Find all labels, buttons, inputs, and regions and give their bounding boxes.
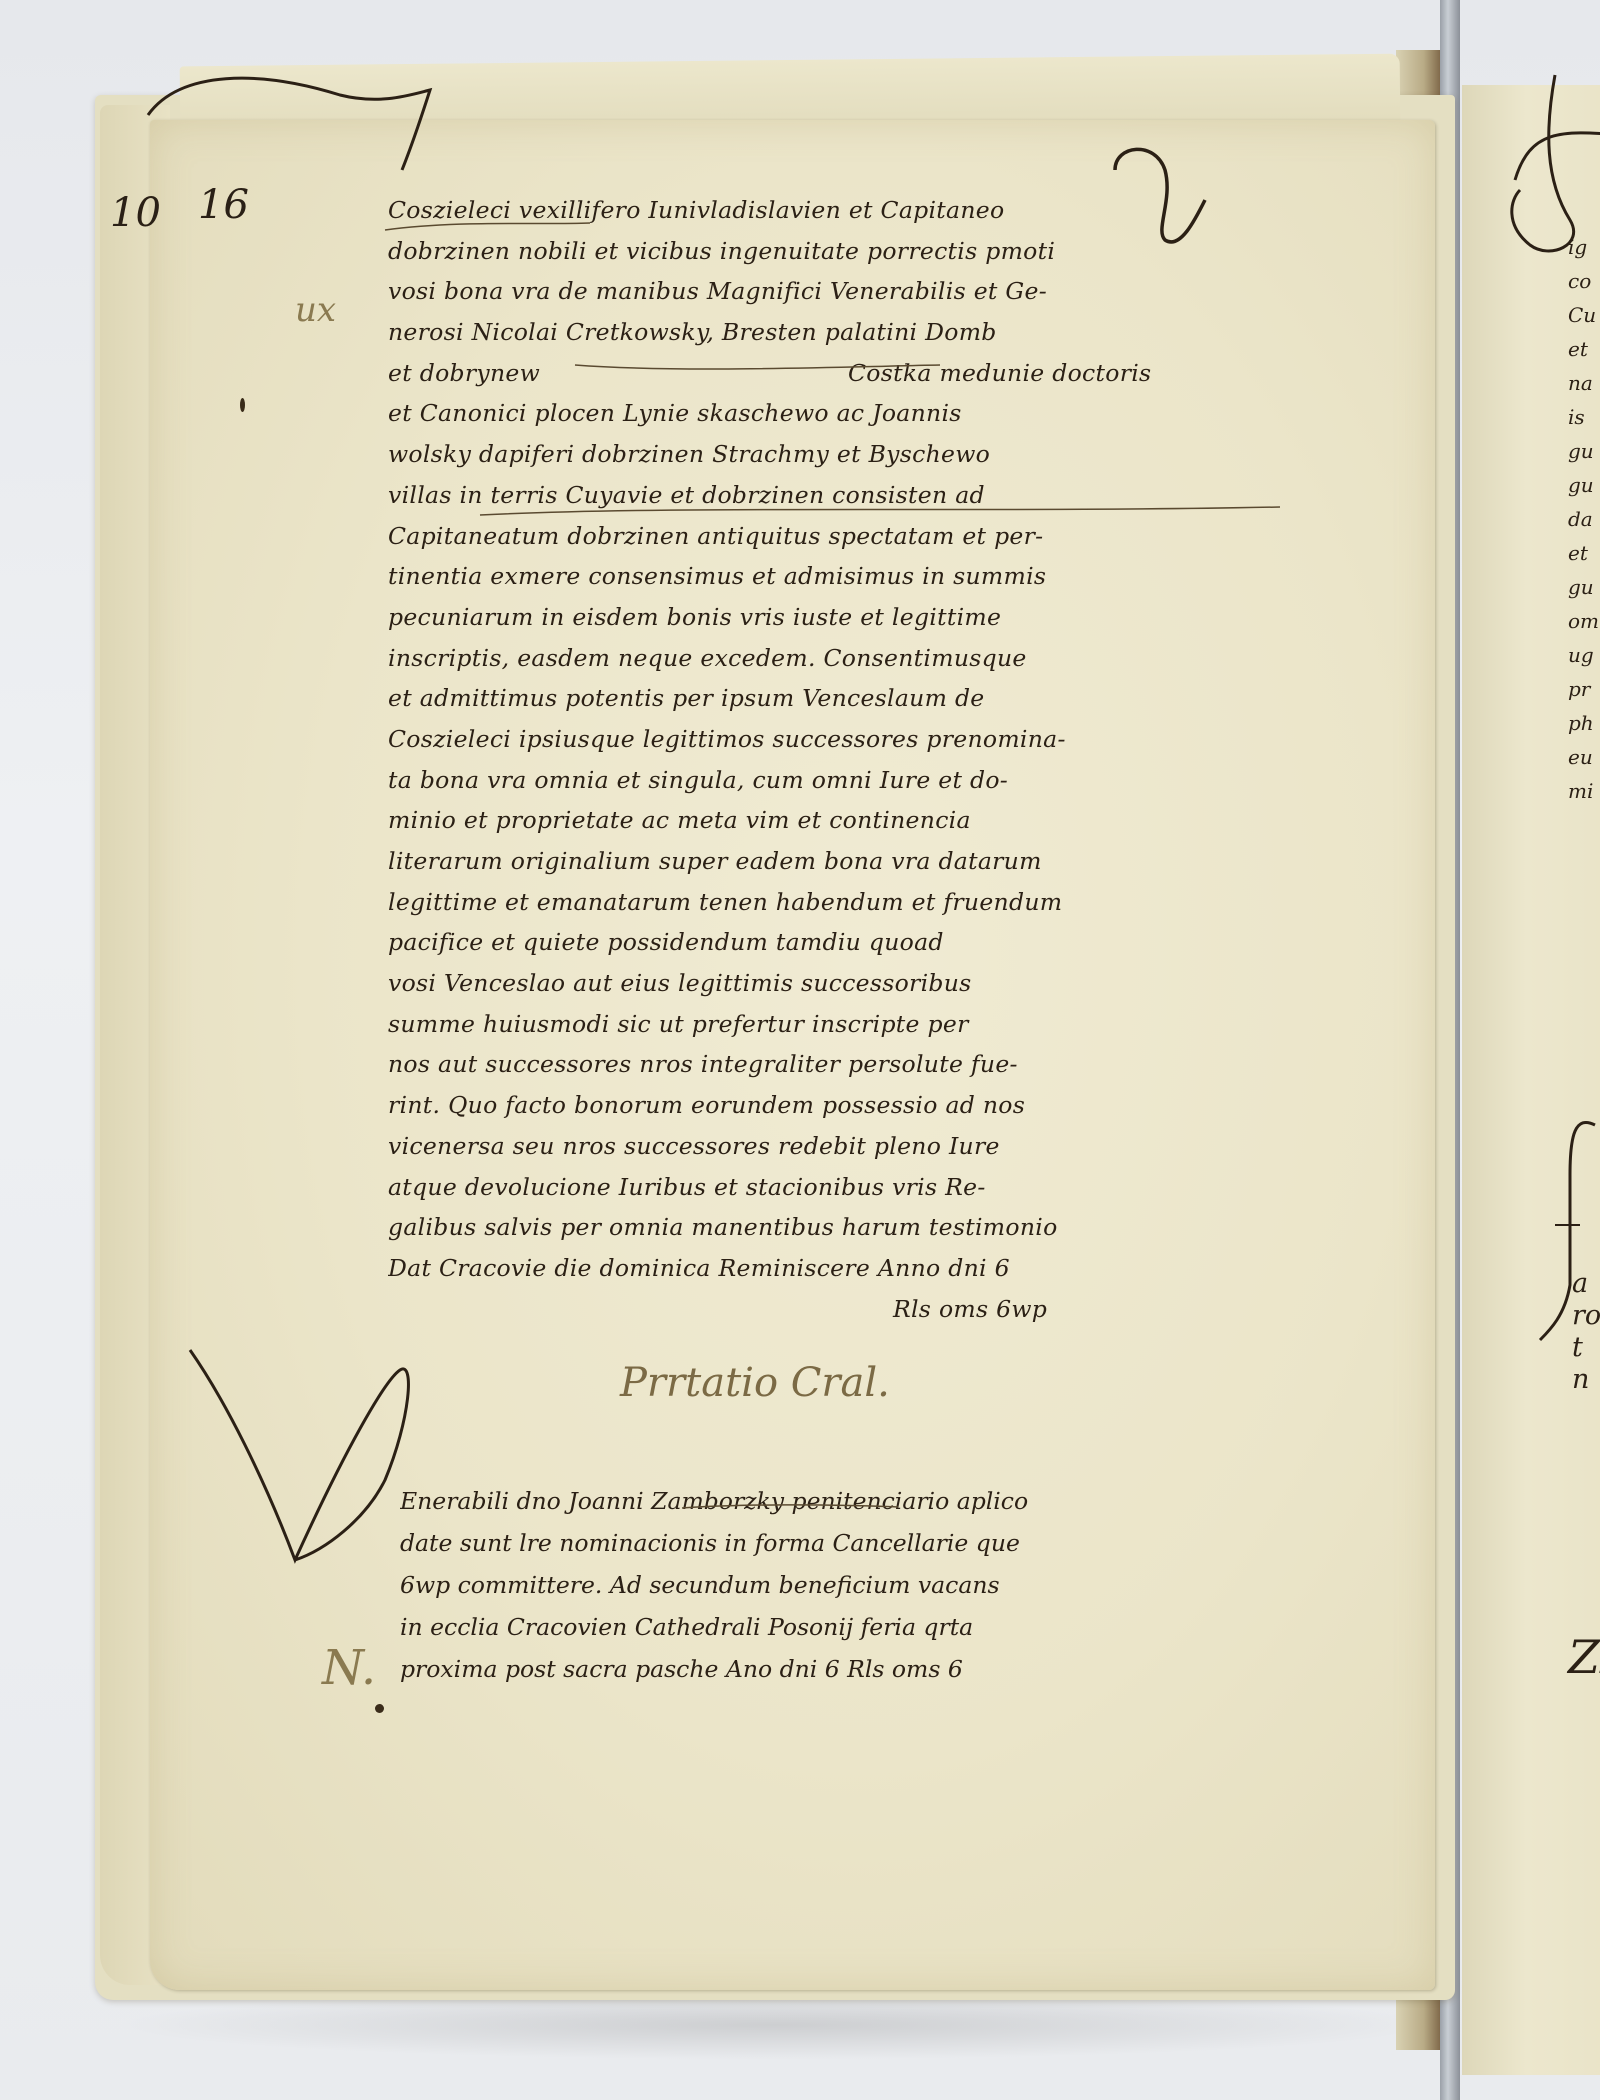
underline-strokes: [380, 195, 1340, 525]
text-line: literarum originalium super eadem bona v…: [388, 841, 1328, 882]
ink-dot: [375, 1704, 384, 1713]
text-fragment: ig: [1568, 230, 1599, 264]
text-fragment: ug: [1568, 638, 1599, 672]
section-heading: Prrtatio Cral.: [620, 1360, 890, 1406]
text-line: Dat Cracovie die dominica Reminiscere An…: [388, 1248, 1328, 1289]
text-line: Coszieleci ipsiusque legittimos successo…: [388, 719, 1328, 760]
text-fragment: is: [1568, 400, 1599, 434]
text-line: vosi Venceslao aut eius legittimis succe…: [388, 963, 1328, 1004]
text-line: 6wp committere. Ad secundum beneficium v…: [400, 1564, 1340, 1606]
text-fragment: a: [1572, 1268, 1600, 1300]
text-line: galibus salvis per omnia manentibus haru…: [388, 1207, 1328, 1248]
text-fragment: gu: [1568, 434, 1599, 468]
text-fragment: pr: [1568, 672, 1599, 706]
text-line: vicenersa seu nros successores redebit p…: [388, 1126, 1328, 1167]
text-fragment: et: [1568, 332, 1599, 366]
text-line: legittime et emanatarum tenen habendum e…: [388, 882, 1328, 923]
folio-number-left: 10: [110, 190, 161, 236]
text-line: rint. Quo facto bonorum eorundem possess…: [388, 1085, 1328, 1126]
margin-note-top: ux: [295, 290, 336, 330]
text-line: pecuniarum in eisdem bonis vris iuste et…: [388, 597, 1328, 638]
text-fragment: ph: [1568, 706, 1599, 740]
text-line: tinentia exmere consensimus et admisimus…: [388, 556, 1328, 597]
text-fragment: eu: [1568, 740, 1599, 774]
ink-mark: [240, 398, 245, 412]
text-fragment: mi: [1568, 774, 1599, 808]
facing-lower-text: a ro t n: [1572, 1268, 1600, 1396]
text-fragment: Cu: [1568, 298, 1599, 332]
text-line: minio et proprietate ac meta vim et cont…: [388, 800, 1328, 841]
facing-page-text: ig co Cu et na is gu gu da et gu om ug p…: [1568, 230, 1599, 808]
facing-initial: ZB: [1568, 1640, 1600, 1674]
text-fragment: na: [1568, 366, 1599, 400]
name-underline: [680, 1498, 900, 1518]
text-line: ta bona vra omnia et singula, cum omni I…: [388, 760, 1328, 801]
text-fragment: gu: [1568, 570, 1599, 604]
top-leaf-flourish-icon: [140, 70, 460, 180]
text-fragment: n: [1572, 1364, 1600, 1396]
text-line: atque devolucione Iuribus et stacionibus…: [388, 1167, 1328, 1208]
text-line: in ecclia Cracovien Cathedrali Posonij f…: [400, 1606, 1340, 1648]
text-fragment: da: [1568, 502, 1599, 536]
text-fragment: ro: [1572, 1300, 1600, 1332]
folio-number-right: 16: [198, 182, 249, 228]
text-fragment: t: [1572, 1332, 1600, 1364]
text-fragment: gu: [1568, 468, 1599, 502]
text-line: date sunt lre nominacionis in forma Canc…: [400, 1522, 1340, 1564]
page-shadow: [110, 1990, 1440, 2060]
text-line: inscriptis, easdem neque excedem. Consen…: [388, 638, 1328, 679]
text-line: proxima post sacra pasche Ano dni 6 Rls …: [400, 1648, 1340, 1690]
text-fragment: et: [1568, 536, 1599, 570]
text-line: et admittimus potentis per ipsum Vencesl…: [388, 678, 1328, 719]
text-line: pacifice et quiete possidendum tamdiu qu…: [388, 922, 1328, 963]
signature-line: Rls oms 6wp: [388, 1289, 1328, 1330]
text-fragment: co: [1568, 264, 1599, 298]
text-line: nos aut successores nros integraliter pe…: [388, 1044, 1328, 1085]
text-fragment: om: [1568, 604, 1599, 638]
text-line: summe huiusmodi sic ut prefertur inscrip…: [388, 1004, 1328, 1045]
margin-note-bottom: N.: [322, 1640, 376, 1696]
